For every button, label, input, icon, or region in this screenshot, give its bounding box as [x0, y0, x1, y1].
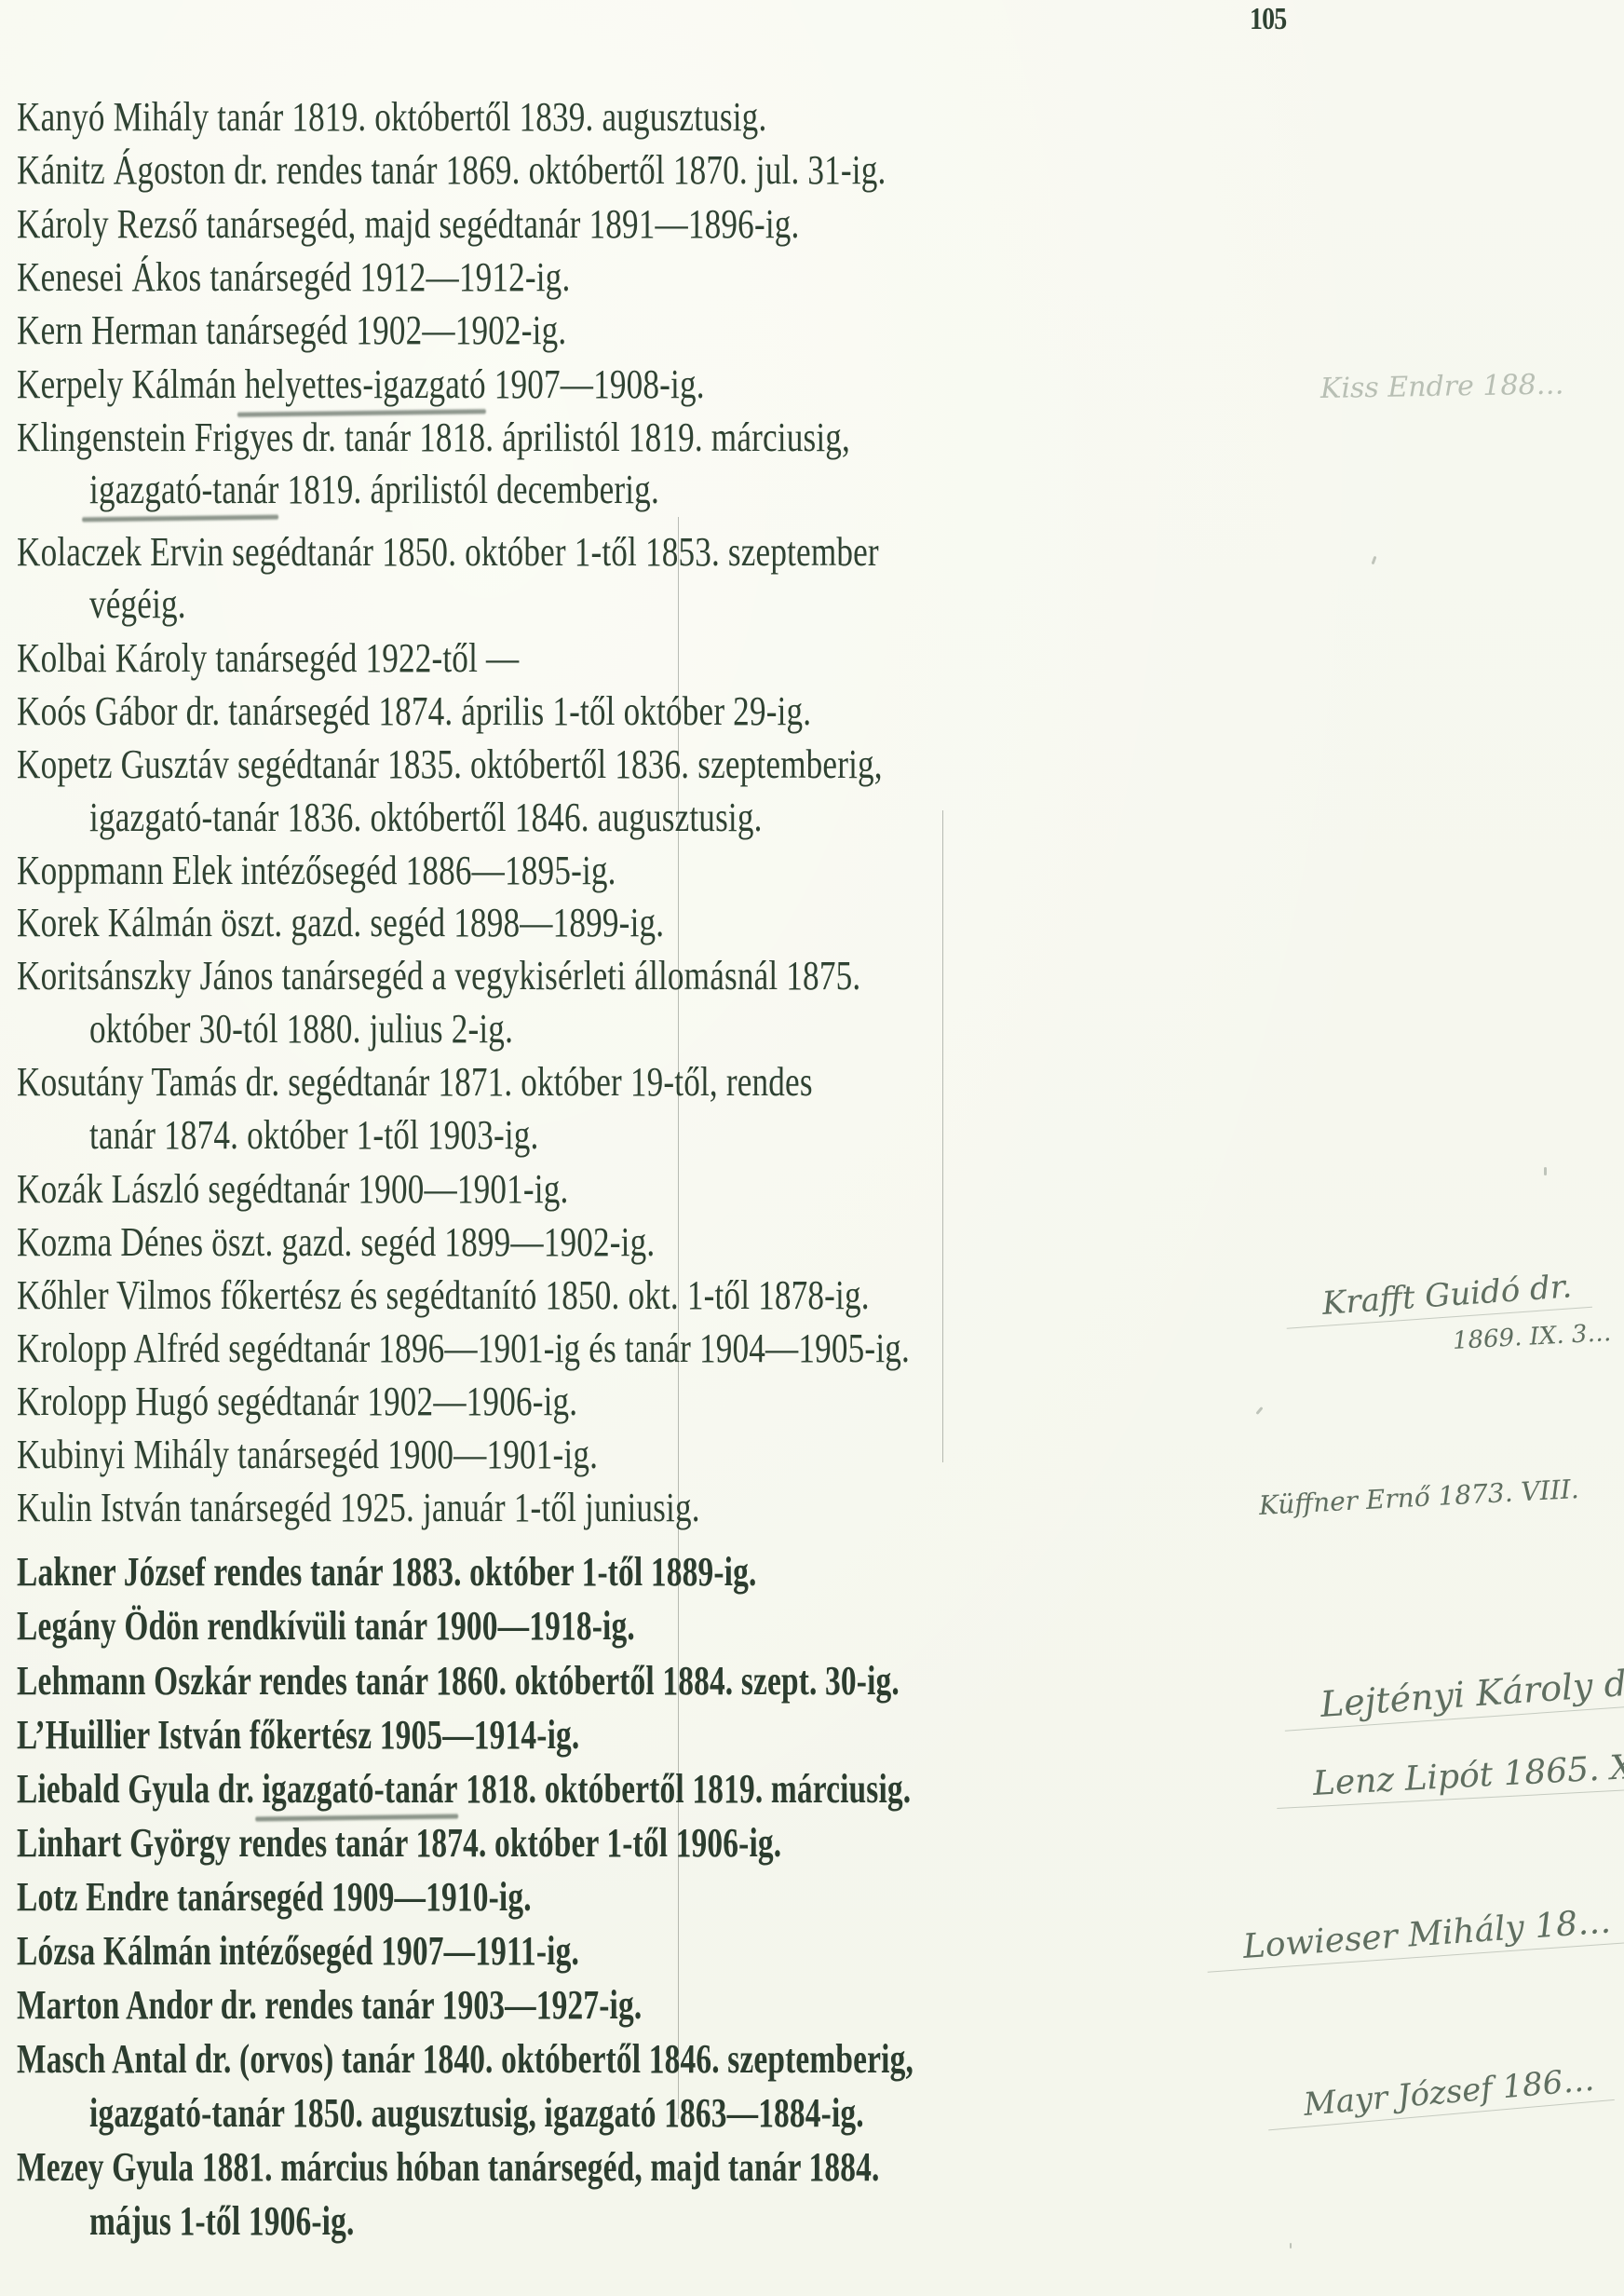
entry-line: Masch Antal dr. (orvos) tanár 1840. októ… — [17, 2034, 913, 2085]
entry-suffix: 1818. októbertől 1819. márciusig. — [458, 1766, 912, 1812]
entry-line: Kenesei Ákos tanársegéd 1912—1912-ig. — [17, 252, 570, 303]
entry-line: Kosutány Tamás dr. segédtanár 1871. októ… — [17, 1057, 813, 1107]
entry-line: Lózsa Kálmán intézősegéd 1907—1911-ig. — [17, 1926, 579, 1977]
scan-speck — [1544, 1167, 1547, 1175]
entry-line: Klingenstein Frigyes dr. tanár 1818. ápr… — [17, 413, 850, 463]
entry-line: Linhart György rendes tanár 1874. októbe… — [17, 1818, 781, 1868]
entry-line: Liebald Gyula dr. igazgató-tanár 1818. o… — [17, 1764, 911, 1814]
entry-continuation: május 1-től 1906-ig. — [89, 2196, 354, 2247]
underlined-title: igazgató-tanár — [263, 1764, 458, 1814]
entry-line: L’Huillier István főkertész 1905—1914-ig… — [17, 1710, 579, 1760]
entry-line: Legány Ödön rendkívüli tanár 1900—1918-i… — [17, 1601, 635, 1651]
entry-line: Kozma Dénes öszt. gazd. segéd 1899—1902-… — [17, 1217, 655, 1268]
entry-line: Koppmann Elek intézősegéd 1886—1895-ig. — [17, 846, 616, 896]
entry-line: Kulin István tanársegéd 1925. január 1-t… — [17, 1483, 700, 1533]
entry-line: Kolaczek Ervin segédtanár 1850. október … — [17, 527, 879, 577]
entry-line: Krolopp Hugó segédtanár 1902—1906-ig. — [17, 1377, 577, 1427]
entry-continuation: október 30-tól 1880. julius 2-ig. — [89, 1004, 513, 1054]
margin-note: Kiss Endre 188… — [1320, 368, 1564, 405]
entry-line: Kanyó Mihály tanár 1819. októbertől 1839… — [17, 92, 766, 143]
entry-continuation: igazgató-tanár 1850. augusztusig, igazga… — [89, 2088, 864, 2139]
entry-line: Koós Gábor dr. tanársegéd 1874. április … — [17, 686, 811, 737]
entry-line: Kerpely Kálmán helyettes-igazgató 1907—1… — [17, 360, 705, 410]
entry-line: Kozák László segédtanár 1900—1901-ig. — [17, 1164, 568, 1215]
entry-line: Kánitz Ágoston dr. rendes tanár 1869. ok… — [17, 145, 886, 196]
entry-line: Kőhler Vilmos főkertész és segédtanító 1… — [17, 1270, 870, 1321]
entry-suffix: 1819. áprilistól decemberig. — [279, 467, 659, 512]
entry-line: Marton Andor dr. rendes tanár 1903—1927-… — [17, 1980, 642, 2031]
entry-continuation: igazgató-tanár 1836. októbertől 1846. au… — [89, 793, 763, 843]
entry-line: Kubinyi Mihály tanársegéd 1900—1901-ig. — [17, 1430, 598, 1480]
entry-suffix: 1907—1908-ig. — [486, 361, 705, 407]
entry-prefix: Liebald Gyula dr. — [17, 1766, 263, 1812]
entry-line: Károly Rezső tanársegéd, majd segédtanár… — [17, 199, 799, 250]
underlined-title: igazgató-tanár — [89, 465, 279, 515]
entry-line: Lehmann Oszkár rendes tanár 1860. októbe… — [17, 1656, 900, 1706]
entry-line: Lotz Endre tanársegéd 1909—1910-ig. — [17, 1872, 532, 1922]
scan-speck — [1290, 2243, 1292, 2248]
entry-continuation: végéig. — [89, 579, 186, 630]
entry-prefix: Kerpely Kálmán — [17, 361, 245, 407]
entry-line: Korek Kálmán öszt. gazd. segéd 1898—1899… — [17, 898, 664, 948]
margin-note-text: Kiss Endre 188… — [1320, 368, 1564, 405]
entry-line: Lakner József rendes tanár 1883. október… — [17, 1547, 756, 1597]
underlined-title: helyettes-igazgató — [245, 360, 486, 410]
scanned-page: 105 Kanyó Mihály tanár 1819. októbertől … — [0, 0, 1624, 2296]
entry-continuation: igazgató-tanár 1819. áprilistól december… — [89, 465, 659, 515]
entry-line: Kern Herman tanársegéd 1902—1902-ig. — [17, 306, 566, 356]
entry-line: Mezey Gyula 1881. március hóban tanárseg… — [17, 2142, 880, 2193]
entry-line: Koritsánszky János tanársegéd a vegykisé… — [17, 951, 860, 1001]
entry-continuation: tanár 1874. október 1-től 1903-ig. — [89, 1110, 539, 1161]
entry-line: Krolopp Alfréd segédtanár 1896—1901-ig é… — [17, 1324, 910, 1374]
entry-line: Kopetz Gusztáv segédtanár 1835. októbert… — [17, 740, 883, 790]
entry-line: Kolbai Károly tanársegéd 1922-től — — [17, 633, 519, 684]
